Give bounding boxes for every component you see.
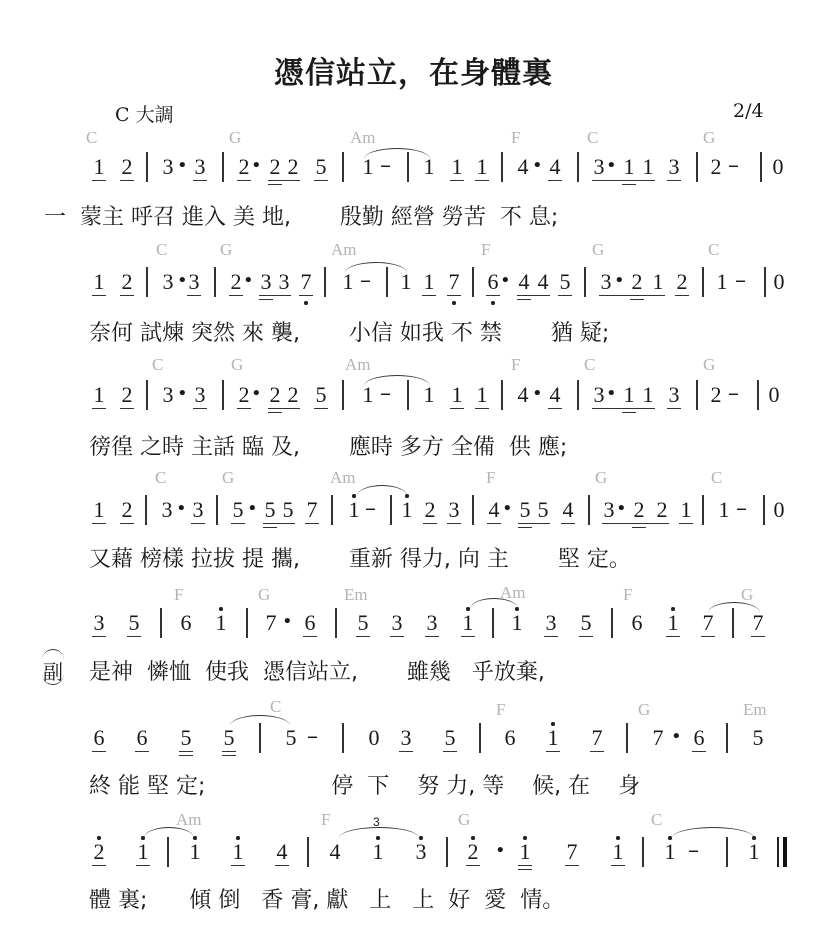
lyrics-refrain-2: 終 能 堅 定; 停 下 努 力, 等 候, 在 身 xyxy=(89,769,640,800)
note: 2 xyxy=(91,840,107,864)
barline xyxy=(342,723,344,753)
note: 1 xyxy=(340,270,356,294)
barline xyxy=(146,380,148,410)
key-signature: C 大調 xyxy=(115,100,174,127)
note: 3 xyxy=(192,155,208,179)
barline xyxy=(726,723,728,753)
note: 2 xyxy=(228,270,244,294)
note: 4 xyxy=(274,840,290,864)
note: 1 xyxy=(360,155,376,179)
note: 1 xyxy=(746,840,762,864)
note: 3 xyxy=(160,383,176,407)
note: 1 xyxy=(230,840,246,864)
dash: – xyxy=(688,838,699,863)
barline xyxy=(577,152,579,182)
augmentation-dot: • xyxy=(500,270,510,291)
chord: F xyxy=(481,240,490,260)
chord: G xyxy=(703,355,715,375)
note: 7 xyxy=(589,726,605,750)
note: 1 xyxy=(714,270,730,294)
note: 7 xyxy=(750,611,766,635)
note: 4 xyxy=(560,498,576,522)
barline xyxy=(307,837,309,867)
lyrics-refrain-1: 是神 憐恤 使我 憑信站立, 雖幾 乎放棄, xyxy=(89,655,545,686)
note: 3 xyxy=(591,155,607,179)
chord: Am xyxy=(350,128,376,148)
chord: G xyxy=(222,468,234,488)
note: 5 xyxy=(442,726,458,750)
chord: G xyxy=(231,355,243,375)
barline xyxy=(407,380,409,410)
barline xyxy=(696,380,698,410)
time-signature: 2/4 xyxy=(733,100,764,122)
note: 1 xyxy=(187,840,203,864)
note: 6 xyxy=(178,611,194,635)
note: 1 xyxy=(678,498,694,522)
note: 2 xyxy=(708,383,724,407)
note: 2 xyxy=(236,155,252,179)
note: 6 xyxy=(691,726,707,750)
chord: F xyxy=(174,585,183,605)
chord: G xyxy=(638,700,650,720)
note: 2 xyxy=(267,155,283,179)
note: 0 xyxy=(766,383,782,407)
barline xyxy=(642,837,644,867)
barline xyxy=(492,608,494,638)
note: 3 xyxy=(192,383,208,407)
note: 5 xyxy=(262,498,278,522)
chord: Am xyxy=(331,240,357,260)
augmentation-dot: • xyxy=(532,155,542,176)
barline xyxy=(386,267,388,297)
barline xyxy=(696,152,698,182)
note: 1 xyxy=(91,155,107,179)
dash: – xyxy=(728,153,739,178)
note: 3 xyxy=(190,498,206,522)
beam xyxy=(268,180,300,181)
note: 7 xyxy=(446,270,462,294)
barline xyxy=(216,495,218,525)
barline xyxy=(390,495,392,525)
note: 3 xyxy=(446,498,462,522)
note: 5 xyxy=(280,498,296,522)
note: 0 xyxy=(771,498,787,522)
note: 7 xyxy=(304,498,320,522)
dash: – xyxy=(380,381,391,406)
beam xyxy=(263,523,295,524)
note: 2 xyxy=(708,155,724,179)
augmentation-dot: • xyxy=(177,383,187,404)
note: 1 xyxy=(460,611,476,635)
note: 5 xyxy=(221,726,237,750)
note: 2 xyxy=(674,270,690,294)
note: 7 xyxy=(298,270,314,294)
note: 1 xyxy=(449,383,465,407)
chord: G xyxy=(258,585,270,605)
augmentation-dot: • xyxy=(502,498,512,519)
barline xyxy=(702,495,704,525)
note: 4 xyxy=(516,270,532,294)
note: 6 xyxy=(502,726,518,750)
note: 1 xyxy=(398,270,414,294)
chord: G xyxy=(229,128,241,148)
final-barline-thick xyxy=(783,837,787,867)
final-barline-thin xyxy=(777,837,779,867)
augmentation-dot: • xyxy=(243,270,253,291)
chord: F xyxy=(511,128,520,148)
augmentation-dot: • xyxy=(495,840,505,861)
tie xyxy=(357,485,407,496)
barline xyxy=(472,495,474,525)
note: 2 xyxy=(236,383,252,407)
note: 1 xyxy=(399,498,415,522)
dash: – xyxy=(735,268,746,293)
note: 2 xyxy=(285,155,301,179)
barline xyxy=(472,267,474,297)
barline xyxy=(702,267,704,297)
barline xyxy=(446,837,448,867)
note: 4 xyxy=(535,270,551,294)
note: 1 xyxy=(449,155,465,179)
note: 7 xyxy=(650,726,666,750)
barline xyxy=(146,267,148,297)
beam xyxy=(518,523,550,524)
note: 2 xyxy=(654,498,670,522)
augmentation-dot: • xyxy=(282,611,292,632)
beam xyxy=(268,408,300,409)
note: 3 xyxy=(424,611,440,635)
barline xyxy=(342,152,344,182)
augmentation-dot: • xyxy=(177,155,187,176)
barline xyxy=(611,608,613,638)
barline xyxy=(757,380,759,410)
augmentation-dot: • xyxy=(606,155,616,176)
note: 5 xyxy=(535,498,551,522)
note: 3 xyxy=(160,155,176,179)
note: 1 xyxy=(517,840,533,864)
note: 1 xyxy=(640,155,656,179)
beam xyxy=(259,295,291,296)
chord: G xyxy=(220,240,232,260)
note: 1 xyxy=(650,270,666,294)
note: 1 xyxy=(91,498,107,522)
note: 3 xyxy=(258,270,274,294)
note: 3 xyxy=(413,840,429,864)
note: 3 xyxy=(186,270,202,294)
chord: Am xyxy=(176,810,202,830)
note: 4 xyxy=(515,155,531,179)
barline xyxy=(732,608,734,638)
chord: F xyxy=(496,700,505,720)
note: 5 xyxy=(313,383,329,407)
note: 1 xyxy=(370,840,386,864)
note: 1 xyxy=(421,270,437,294)
lyrics-refrain-3: 體 裏; 傾 倒 香 膏, 獻 上 上 好 愛 情。 xyxy=(89,883,564,914)
augmentation-dot: • xyxy=(614,270,624,291)
note: 3 xyxy=(591,383,607,407)
barline xyxy=(726,837,728,867)
chord: C xyxy=(156,240,167,260)
barline xyxy=(588,495,590,525)
chord: C xyxy=(711,468,722,488)
note: 1 xyxy=(91,270,107,294)
note: 3 xyxy=(91,611,107,635)
note: 3 xyxy=(666,383,682,407)
note: 0 xyxy=(770,155,786,179)
note: 6 xyxy=(134,726,150,750)
augmentation-dot: • xyxy=(247,498,257,519)
note: 1 xyxy=(640,383,656,407)
note: 1 xyxy=(662,840,678,864)
chord: C xyxy=(155,468,166,488)
note: 2 xyxy=(629,270,645,294)
beam xyxy=(602,523,666,524)
chord: C xyxy=(587,128,598,148)
chord: C xyxy=(86,128,97,148)
chord: Em xyxy=(344,585,368,605)
chord: C xyxy=(584,355,595,375)
barline xyxy=(342,380,344,410)
barline xyxy=(259,723,261,753)
note: 0 xyxy=(771,270,787,294)
barline xyxy=(160,608,162,638)
chord: G xyxy=(595,468,607,488)
barline xyxy=(763,495,765,525)
lyrics-line-2: 奈何 試煉 突然 來 襲, 小信 如我 不 禁 猶 疑; xyxy=(89,316,609,347)
augmentation-dot: • xyxy=(251,155,261,176)
barline xyxy=(324,267,326,297)
chord: F xyxy=(486,468,495,488)
dash: – xyxy=(307,724,318,749)
note: 1 xyxy=(421,383,437,407)
barline xyxy=(167,837,169,867)
barline xyxy=(145,495,147,525)
note: 3 xyxy=(398,726,414,750)
note: 2 xyxy=(267,383,283,407)
chord: F xyxy=(623,585,632,605)
note: 3 xyxy=(389,611,405,635)
dash: – xyxy=(728,381,739,406)
note: 4 xyxy=(327,840,343,864)
barline xyxy=(501,152,503,182)
beam xyxy=(517,295,549,296)
note: 2 xyxy=(285,383,301,407)
barline xyxy=(331,495,333,525)
chord: C xyxy=(651,810,662,830)
chord: G xyxy=(458,810,470,830)
note: 6 xyxy=(629,611,645,635)
note: 7 xyxy=(700,611,716,635)
note: 1 xyxy=(621,155,637,179)
beam xyxy=(592,180,655,181)
note: 5 xyxy=(578,611,594,635)
barline xyxy=(501,380,503,410)
beam xyxy=(599,295,663,296)
note: 5 xyxy=(230,498,246,522)
note: 2 xyxy=(631,498,647,522)
lyrics-verse-1: 一 蒙主 呼召 進入 美 地, 殷勤 經營 勞苦 不 息; xyxy=(44,200,558,231)
barline xyxy=(222,380,224,410)
tie xyxy=(672,827,754,838)
augmentation-dot: • xyxy=(176,498,186,519)
chord: Em xyxy=(743,700,767,720)
chord: F xyxy=(321,810,330,830)
note: 1 xyxy=(474,155,490,179)
augmentation-dot: • xyxy=(671,726,681,747)
dash: – xyxy=(736,496,747,521)
note: 3 xyxy=(598,270,614,294)
barline xyxy=(146,152,148,182)
note: 2 xyxy=(465,840,481,864)
note: 6 xyxy=(302,611,318,635)
note: 2 xyxy=(422,498,438,522)
note: 7 xyxy=(564,840,580,864)
chord: G xyxy=(703,128,715,148)
barline xyxy=(584,267,586,297)
note: 2 xyxy=(119,270,135,294)
note: 6 xyxy=(91,726,107,750)
note: 5 xyxy=(313,155,329,179)
note: 4 xyxy=(547,383,563,407)
note: 1 xyxy=(545,726,561,750)
note: 3 xyxy=(276,270,292,294)
barline xyxy=(246,608,248,638)
note: 3 xyxy=(601,498,617,522)
barline xyxy=(764,267,766,297)
beam xyxy=(592,408,655,409)
chord: F xyxy=(511,355,520,375)
note: 5 xyxy=(126,611,142,635)
note: 3 xyxy=(160,270,176,294)
note: 1 xyxy=(621,383,637,407)
lyrics-line-3: 徬徨 之時 主話 臨 及, 應時 多方 全備 供 應; xyxy=(89,430,567,461)
augmentation-dot: • xyxy=(532,383,542,404)
note: 2 xyxy=(119,498,135,522)
note: 4 xyxy=(515,383,531,407)
note: 1 xyxy=(716,498,732,522)
note: 1 xyxy=(360,383,376,407)
dash: – xyxy=(365,496,376,521)
augmentation-dot: • xyxy=(606,383,616,404)
barline xyxy=(407,152,409,182)
dash: – xyxy=(380,153,391,178)
note: 1 xyxy=(91,383,107,407)
barline xyxy=(626,723,628,753)
barline xyxy=(577,380,579,410)
barline xyxy=(479,723,481,753)
barline xyxy=(760,152,762,182)
barline xyxy=(214,267,216,297)
note: 5 xyxy=(750,726,766,750)
note: 5 xyxy=(283,726,299,750)
note: 5 xyxy=(178,726,194,750)
augmentation-dot: • xyxy=(616,498,626,519)
note: 6 xyxy=(485,270,501,294)
note: 3 xyxy=(543,611,559,635)
note: 7 xyxy=(263,611,279,635)
note: 1 xyxy=(346,498,362,522)
note: 1 xyxy=(213,611,229,635)
chord: C xyxy=(152,355,163,375)
augmentation-dot: • xyxy=(251,383,261,404)
note: 1 xyxy=(665,611,681,635)
dash: – xyxy=(360,268,371,293)
song-title: 憑信站立，在身體裏 xyxy=(0,48,827,92)
note: 2 xyxy=(119,383,135,407)
barline xyxy=(335,608,337,638)
chord: Am xyxy=(330,468,356,488)
note: 4 xyxy=(547,155,563,179)
note: 1 xyxy=(135,840,151,864)
note: 5 xyxy=(557,270,573,294)
chord: G xyxy=(592,240,604,260)
note: 1 xyxy=(421,155,437,179)
note: 3 xyxy=(666,155,682,179)
note: 0 xyxy=(366,726,382,750)
chord: C xyxy=(270,697,281,717)
barline xyxy=(222,152,224,182)
note: 1 xyxy=(474,383,490,407)
chord: Am xyxy=(345,355,371,375)
note: 5 xyxy=(517,498,533,522)
note: 3 xyxy=(159,498,175,522)
lyrics-line-4: 又藉 榜樣 拉拔 提 攜, 重新 得力, 向 主 堅 定。 xyxy=(89,542,631,573)
chord: C xyxy=(708,240,719,260)
note: 2 xyxy=(119,155,135,179)
note: 5 xyxy=(355,611,371,635)
note: 1 xyxy=(610,840,626,864)
note: 4 xyxy=(486,498,502,522)
note: 1 xyxy=(509,611,525,635)
